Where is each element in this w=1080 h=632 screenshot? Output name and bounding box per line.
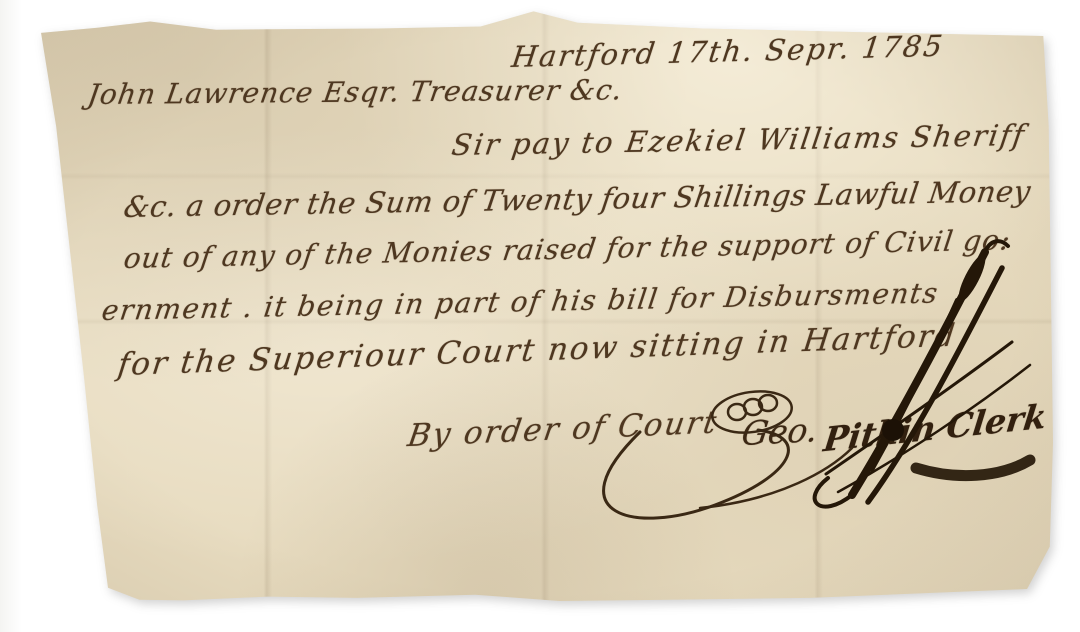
body-line: out of any of the Monies raised for the … (122, 223, 1013, 275)
closing-line: By order of Court (405, 404, 720, 454)
paper-shadow-wrap: Hartford 17th. Sepr. 1785 John Lawrence … (0, 0, 1080, 632)
body-line: ernment . it being in part of his bill f… (100, 276, 941, 327)
addressee-line: John Lawrence Esqr. Treasurer &c. (86, 73, 626, 111)
flourish-leaf (954, 252, 990, 305)
underline-swash (916, 460, 1030, 476)
signature-first: Geo. (739, 410, 820, 453)
body-line: &c. a order the Sum of Twenty four Shill… (122, 174, 1033, 224)
signature-name: Pitkin Clerk (822, 396, 1049, 459)
salutation-line: Sir pay to Ezekiel Williams Sheriff (450, 118, 1028, 162)
body-line: for the Superiour Court now sitting in H… (116, 318, 959, 383)
document-paper: Hartford 17th. Sepr. 1785 John Lawrence … (0, 0, 1080, 632)
dateline: Hartford 17th. Sepr. 1785 (510, 29, 946, 74)
scan-background: Hartford 17th. Sepr. 1785 John Lawrence … (0, 0, 1080, 632)
